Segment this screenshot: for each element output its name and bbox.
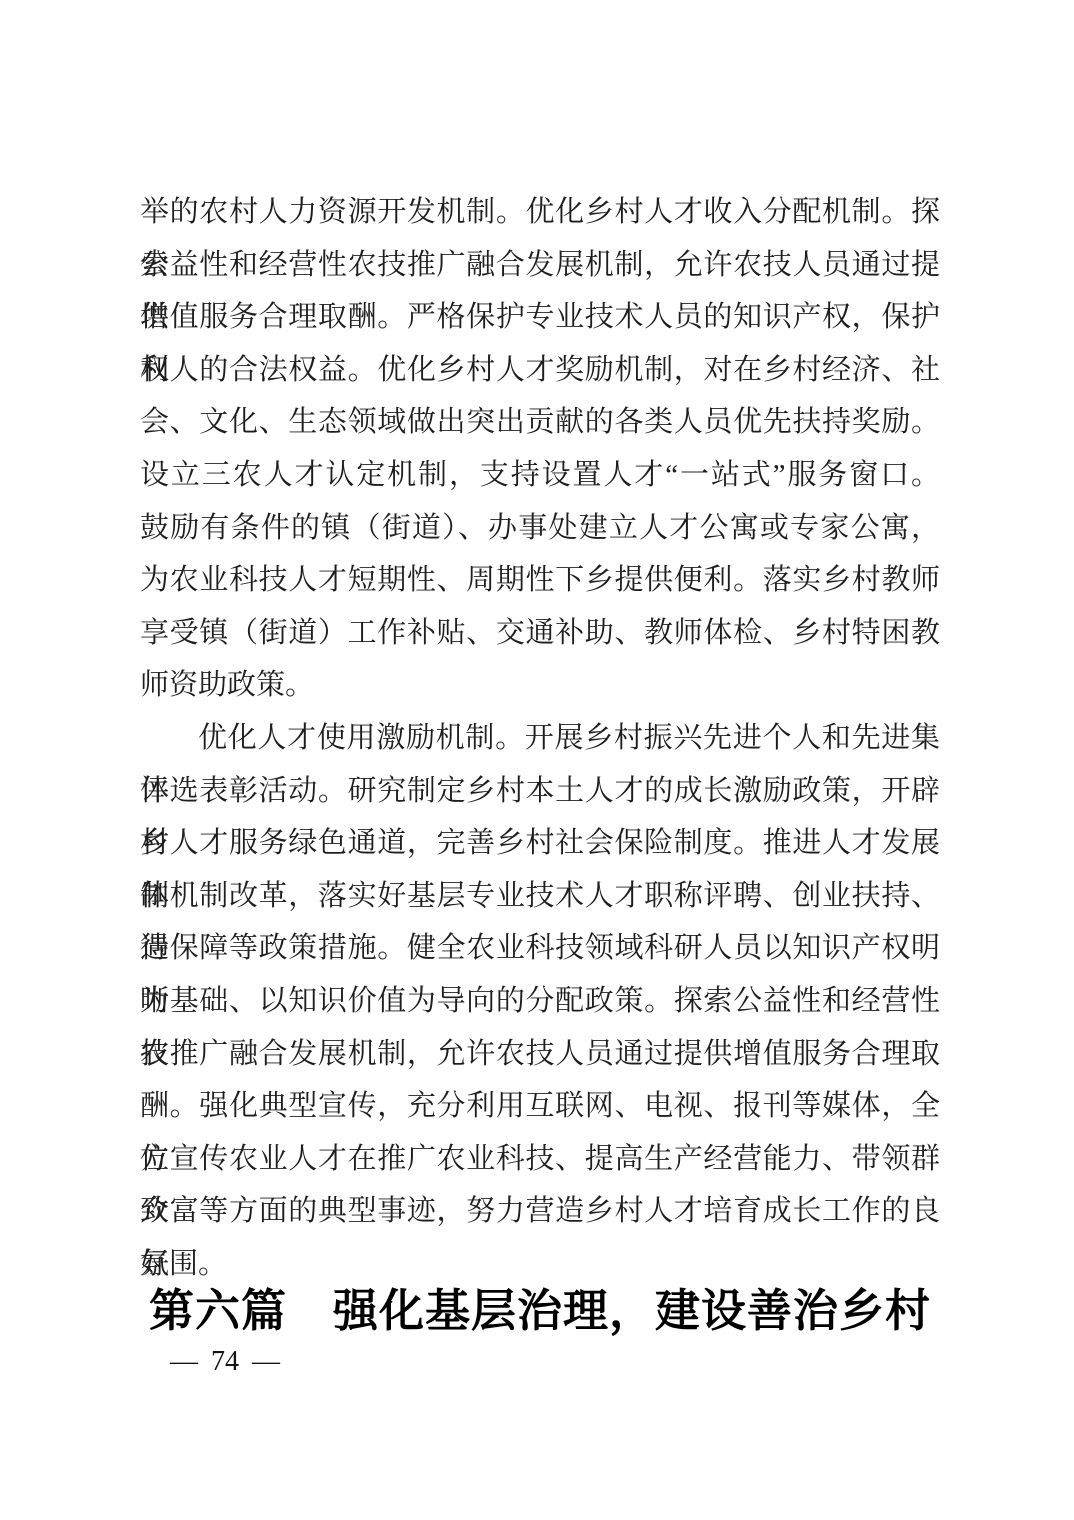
text-line: 村人才服务绿色通道，完善乡村社会保险制度。推进人才发展体 xyxy=(140,817,940,870)
text-line: 遇保障等政策措施。健全农业科技领域科研人员以知识产权明晰 xyxy=(140,922,940,975)
text-line: 优化人才使用激励机制。开展乡村振兴先进个人和先进集体 xyxy=(140,712,940,765)
section-heading: 第六篇 强化基层治理，建设善治乡村 xyxy=(140,1282,940,1340)
text-line: 会、文化、生态领域做出突出贡献的各类人员优先扶持奖励。 xyxy=(140,396,940,449)
page-footer: — 74 — xyxy=(170,1346,280,1378)
text-line: 位宣传农业人才在推广农业科技、提高生产经营能力、带领群众 xyxy=(140,1133,940,1186)
text-line: 技推广融合发展机制，允许农技人员通过提供增值服务合理取 xyxy=(140,1028,940,1081)
text-line: 享受镇（街道）工作补贴、交通补助、教师体检、乡村特困教 xyxy=(140,607,940,660)
text-line: 公益性和经营性农技推广融合发展机制，允许农技人员通过提供 xyxy=(140,239,940,292)
text-line: 评选表彰活动。研究制定乡村本土人才的成长激励政策，开辟乡 xyxy=(140,765,940,818)
text-line: 设立三农人才认定机制，支持设置人才“一站式”服务窗口。 xyxy=(140,449,940,502)
text-line: 增值服务合理取酬。严格保护专业技术人员的知识产权，保护权 xyxy=(140,291,940,344)
text-line: 利人的合法权益。优化乡村人才奖励机制，对在乡村经济、社 xyxy=(140,344,940,397)
footer-dash-left: — xyxy=(170,1346,198,1378)
text-line: 师资助政策。 xyxy=(140,659,940,712)
text-line: 酬。强化典型宣传，充分利用互联网、电视、报刊等媒体，全方 xyxy=(140,1080,940,1133)
text-line: 致富等方面的典型事迹，努力营造乡村人才培育成长工作的良好 xyxy=(140,1185,940,1238)
document-body: 举的农村人力资源开发机制。优化乡村人才收入分配机制。探索公益性和经营性农技推广融… xyxy=(140,186,940,1290)
document-page: 举的农村人力资源开发机制。优化乡村人才收入分配机制。探索公益性和经营性农技推广融… xyxy=(0,0,1074,1520)
text-line: 举的农村人力资源开发机制。优化乡村人才收入分配机制。探索 xyxy=(140,186,940,239)
footer-dash-right: — xyxy=(252,1346,280,1378)
text-line: 鼓励有条件的镇（街道）、办事处建立人才公寓或专家公寓， xyxy=(140,502,940,555)
text-line: 制机制改革，落实好基层专业技术人才职称评聘、创业扶持、待 xyxy=(140,870,940,923)
page-number: 74 xyxy=(211,1346,239,1378)
text-line: 为农业科技人才短期性、周期性下乡提供便利。落实乡村教师 xyxy=(140,554,940,607)
text-line: 为基础、以知识价值为导向的分配政策。探索公益性和经营性农 xyxy=(140,975,940,1028)
